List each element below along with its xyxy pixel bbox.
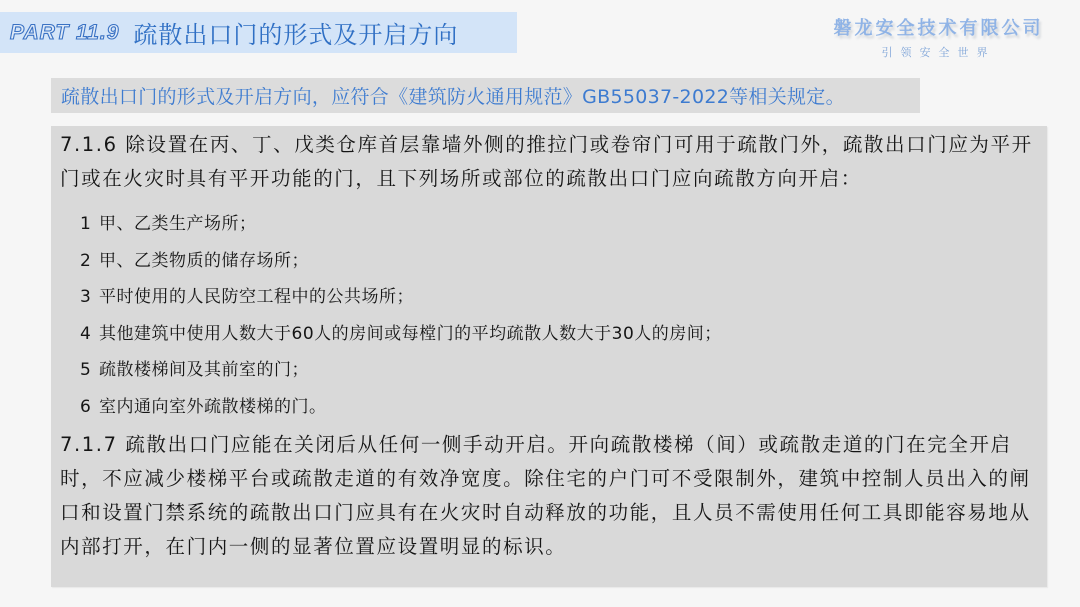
list-item-text: 疏散楼梯间及其前室的门；	[99, 360, 309, 380]
list-item-text: 甲、乙类物质的储存场所；	[99, 251, 309, 271]
clause-7-1-6: 7.1.6 除设置在丙、丁、戊类仓库首层靠墙外侧的推拉门或卷帘门可用于疏散门外，…	[60, 128, 1040, 196]
company-name: 磐龙安全技术有限公司	[821, 14, 1056, 40]
list-item: 4其他建筑中使用人数大于60人的房间或每樘门的平均疏散人数大于30人的房间；	[80, 316, 722, 353]
regulation-content: 7.1.6 除设置在丙、丁、戊类仓库首层靠墙外侧的推拉门或卷帘门可用于疏散门外，…	[51, 126, 1047, 587]
list-item: 5疏散楼梯间及其前室的门；	[80, 352, 722, 389]
list-item-number: 6	[80, 389, 99, 426]
list-item: 6室内通向室外疏散楼梯的门。	[80, 389, 722, 426]
list-item-number: 5	[80, 352, 99, 389]
summary-note-text: 疏散出口门的形式及开启方向，应符合《建筑防火通用规范》GB55037-2022等…	[61, 82, 845, 109]
list-item-text: 甲、乙类生产场所；	[99, 214, 257, 234]
list-item-number: 2	[80, 243, 99, 280]
list-item-text: 平时使用的人民防空工程中的公共场所；	[99, 287, 414, 307]
company-tagline: 引领安全世界	[821, 44, 1056, 60]
page-title: 疏散出口门的形式及开启方向	[133, 15, 458, 50]
list-item: 1甲、乙类生产场所；	[80, 206, 722, 243]
list-item-number: 4	[80, 316, 99, 353]
list-item-text: 室内通向室外疏散楼梯的门。	[99, 397, 327, 417]
part-label: PART 11.9	[10, 21, 119, 45]
list-item-number: 1	[80, 206, 99, 243]
clause-7-1-7: 7.1.7 疏散出口门应能在关闭后从任何一侧手动开启。开向疏散楼梯（间）或疏散走…	[60, 428, 1040, 564]
section-title-bar: PART 11.9 疏散出口门的形式及开启方向	[0, 12, 517, 53]
list-item-number: 3	[80, 279, 99, 316]
list-item: 2甲、乙类物质的储存场所；	[80, 243, 722, 280]
company-logo: 磐龙安全技术有限公司 引领安全世界	[821, 14, 1056, 60]
door-location-list: 1甲、乙类生产场所； 2甲、乙类物质的储存场所； 3平时使用的人民防空工程中的公…	[80, 206, 722, 425]
list-item: 3平时使用的人民防空工程中的公共场所；	[80, 279, 722, 316]
summary-note: 疏散出口门的形式及开启方向，应符合《建筑防火通用规范》GB55037-2022等…	[51, 78, 920, 113]
list-item-text: 其他建筑中使用人数大于60人的房间或每樘门的平均疏散人数大于30人的房间；	[99, 324, 722, 344]
